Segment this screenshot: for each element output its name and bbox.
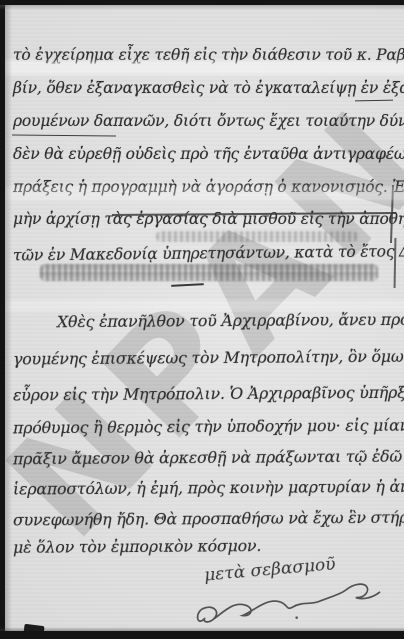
scan-border-left-shadow — [5, 0, 12, 639]
handwriting-line: ἱεραποστόλων, ἡ ἐμή, πρὸς κοινὴν μαρτυρί… — [13, 476, 404, 498]
handwriting-line: ρουμένων δαπανῶν, διότι ὄντως ἔχει τοιαύ… — [13, 112, 404, 130]
smudge-band-upper — [156, 231, 358, 242]
signature-flourish — [193, 575, 387, 635]
handwriting-line: βίν, ὅθεν ἐξαναγκασθεὶς νὰ τὸ ἐγκαταλείψ… — [13, 79, 404, 97]
smudge-band-lower — [40, 264, 378, 281]
handwriting-line: Χθὲς ἐπανῆλθον τοῦ Ἀρχιρραβίνου, ἄνευ πρ… — [57, 310, 404, 332]
handwriting-line: συνεφωνήθη ἤδη. Θὰ προσπαθήσω νὰ ἔχω ἓν … — [13, 507, 404, 529]
handwriting-line: τὸ ἐγχείρημα εἶχε τεθῆ εἰς τὴν διάθεσιν … — [13, 46, 404, 64]
handwriting-line: πράξεις ἡ προγραμμὴ νὰ ἀγοράσῃ ὁ κανονισ… — [13, 178, 404, 196]
scan-border-top-shadow — [0, 5, 404, 10]
handwriting-line: πρᾶξιν ἄμεσον θὰ ἀρκεσθῇ νὰ πράξωνται τῷ… — [13, 447, 402, 469]
handwriting-line: γουμένης ἐπισκέψεως τὸν Μητροπολίτην, ὃν… — [13, 346, 404, 368]
scanned-letter-page: ΝΡΑΝ τὸ ἐγχείρημα εἶχε τεθῆ εἰς τὴν διάθ… — [0, 0, 404, 639]
handwriting-line: δὲν θὰ εὑρεθῇ οὐδεὶς πρὸ τῆς ἐνταῦθα ἀντ… — [13, 145, 404, 163]
handwriting-line: μὲ ὅλον τὸν ἐμπορικὸν κόσμον. — [13, 536, 261, 557]
scan-border-bottom — [0, 631, 404, 639]
handwriting-line: πρόθυμος ἢ θερμὸς εἰς τὴν ὑποδοχήν μου· … — [13, 416, 404, 438]
handwriting-line: εὗρον εἰς τὴν Μητρόπολιν. Ὁ Ἀρχιρραβῖνος… — [13, 382, 404, 404]
